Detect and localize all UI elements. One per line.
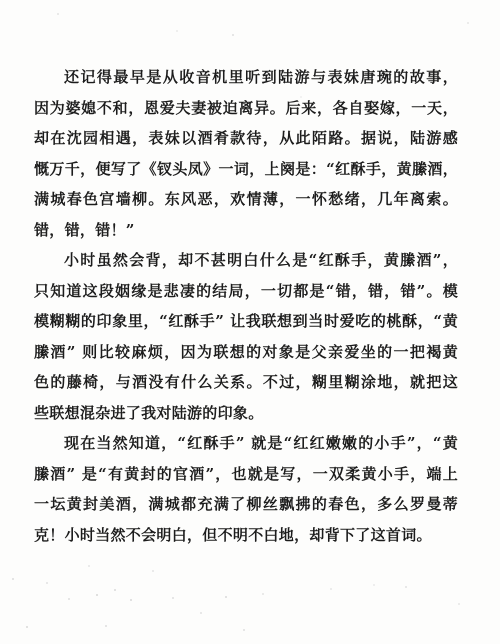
- text-line: 满城春色宫墙柳。东风恶，欢情薄，一怀愁绪，几年离索。: [34, 184, 458, 215]
- text-line: 縢酒” 则比较麻烦，因为联想的对象是父亲爱坐的一把褐黄: [34, 337, 458, 368]
- text-line: 慨万千，便写了《钗头凤》一词，上阕是：“红酥手，黄縢酒，: [34, 154, 458, 185]
- text-line: 色的藤椅，与酒没有什么关系。不过，糊里糊涂地，就把这: [34, 367, 458, 398]
- text-line: 只知道这段姻缘是悲凄的结局，一切都是“错，错，错”。模: [34, 276, 458, 307]
- text-line: 克！小时当然不会明白，但不明不白地，却背下了这首词。: [34, 520, 458, 551]
- text-line: 却在沈园相遇，表妹以酒肴款待，从此陌路。据说，陆游感: [34, 123, 458, 154]
- text-block: 还记得最早是从收音机里听到陆游与表妹唐琬的故事， 因为婆媳不和，恩爱夫妻被迫离异…: [34, 62, 458, 550]
- text-line: 小时虽然会背，却不甚明白什么是“红酥手，黄縢酒”，: [34, 245, 458, 276]
- text-line: 现在当然知道，“红酥手” 就是“红红嫩嫩的小手”，“黄: [34, 428, 458, 459]
- text-line: 还记得最早是从收音机里听到陆游与表妹唐琬的故事，: [34, 62, 458, 93]
- text-line: 错，错，错！”: [34, 215, 458, 246]
- scanned-book-page: 还记得最早是从收音机里听到陆游与表妹唐琬的故事， 因为婆媳不和，恩爱夫妻被迫离异…: [0, 0, 500, 644]
- text-line: 一坛黄封美酒，满城都充满了柳丝飘拂的春色，多么罗曼蒂: [34, 489, 458, 520]
- text-line: 因为婆媳不和，恩爱夫妻被迫离异。后来，各自娶嫁，一天，: [34, 93, 458, 124]
- text-line: 縢酒” 是“有黄封的官酒”，也就是写，一双柔黄小手，端上: [34, 459, 458, 490]
- scan-noise-speckles: [0, 0, 2, 2]
- text-line: 些联想混杂进了我对陆游的印象。: [34, 398, 458, 429]
- text-line: 模糊糊的印象里，“红酥手” 让我联想到当时爱吃的桃酥，“黄: [34, 306, 458, 337]
